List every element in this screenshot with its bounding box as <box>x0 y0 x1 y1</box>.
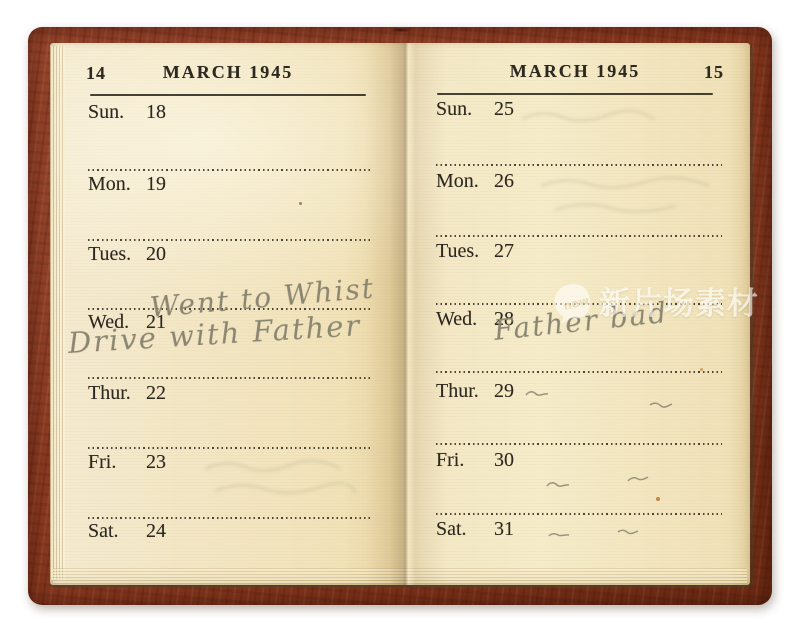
day-row: Mon.19 <box>88 174 166 194</box>
right-page-number: 15 <box>698 63 724 81</box>
pencil-ditto-mark <box>548 530 570 540</box>
row-separator <box>436 443 722 445</box>
day-date: 24 <box>146 520 166 542</box>
day-row: Tues.20 <box>88 244 166 264</box>
pencil-ditto-mark <box>546 480 570 490</box>
day-row: Sat.24 <box>88 521 166 541</box>
day-label: Thur. <box>88 383 146 403</box>
day-label: Thur. <box>436 381 494 401</box>
day-date: 25 <box>494 98 514 120</box>
row-separator <box>436 235 722 237</box>
day-row: Sat.31 <box>436 519 514 539</box>
day-date: 19 <box>146 173 166 195</box>
page-stack-edge-left <box>50 46 65 580</box>
day-label: Sat. <box>88 521 146 541</box>
pencil-ditto-mark <box>617 527 639 537</box>
bleed-through-mark <box>535 172 715 228</box>
row-separator <box>88 377 372 379</box>
foxing-speck <box>299 202 302 205</box>
row-separator <box>436 513 722 515</box>
row-separator <box>88 169 372 171</box>
cover-spine-notch <box>387 27 415 47</box>
day-label: Wed. <box>436 309 494 329</box>
day-label: Tues. <box>88 244 146 264</box>
day-row: Mon.26 <box>436 171 514 191</box>
row-separator <box>436 164 722 166</box>
day-date: 29 <box>494 380 514 402</box>
right-header-rule <box>437 93 713 95</box>
pencil-ditto-mark <box>648 400 674 410</box>
left-header-rule <box>90 94 366 96</box>
day-label: Sun. <box>436 99 494 119</box>
stock-watermark: new 新片场素材 <box>552 280 759 328</box>
day-date: 20 <box>146 243 166 265</box>
day-label: Mon. <box>88 174 146 194</box>
pencil-ditto-mark <box>525 389 549 399</box>
day-label: Sun. <box>88 102 146 122</box>
day-row: Thur.29 <box>436 381 514 401</box>
day-date: 22 <box>146 382 166 404</box>
day-label: Sat. <box>436 519 494 539</box>
row-separator <box>88 239 372 241</box>
row-separator <box>88 517 372 519</box>
day-date: 23 <box>146 451 166 473</box>
bleed-through-mark <box>518 103 658 131</box>
day-row: Sun.18 <box>88 102 166 122</box>
watermark-brand-text: 新片场素材 <box>599 289 759 320</box>
pencil-ditto-mark <box>627 474 649 484</box>
day-date: 31 <box>494 518 514 540</box>
bleed-through-mark <box>200 455 360 510</box>
row-separator <box>436 371 722 373</box>
left-page-title: MARCH 1945 <box>90 63 366 81</box>
day-label: Mon. <box>436 171 494 191</box>
foxing-speck <box>700 368 703 371</box>
day-date: 26 <box>494 170 514 192</box>
binding-gutter <box>366 43 446 585</box>
day-label: Tues. <box>436 241 494 261</box>
day-row: Sun.25 <box>436 99 514 119</box>
row-separator <box>88 447 372 449</box>
day-label: Fri. <box>436 450 494 470</box>
day-row: Fri.23 <box>88 452 166 472</box>
day-row: Tues.27 <box>436 241 514 261</box>
day-label: Fri. <box>88 452 146 472</box>
day-date: 27 <box>494 240 514 262</box>
xinpianchang-logo-icon: new <box>552 281 592 327</box>
day-row: Fri.30 <box>436 450 514 470</box>
day-row: Thur.22 <box>88 383 166 403</box>
foxing-speck <box>656 497 660 501</box>
diary-photo: 14 MARCH 1945 Sun.18 Mon.19 Tues.20 Wed.… <box>0 0 800 623</box>
day-date: 30 <box>494 449 514 471</box>
day-date: 18 <box>146 101 166 123</box>
right-page-title: MARCH 1945 <box>437 62 713 80</box>
